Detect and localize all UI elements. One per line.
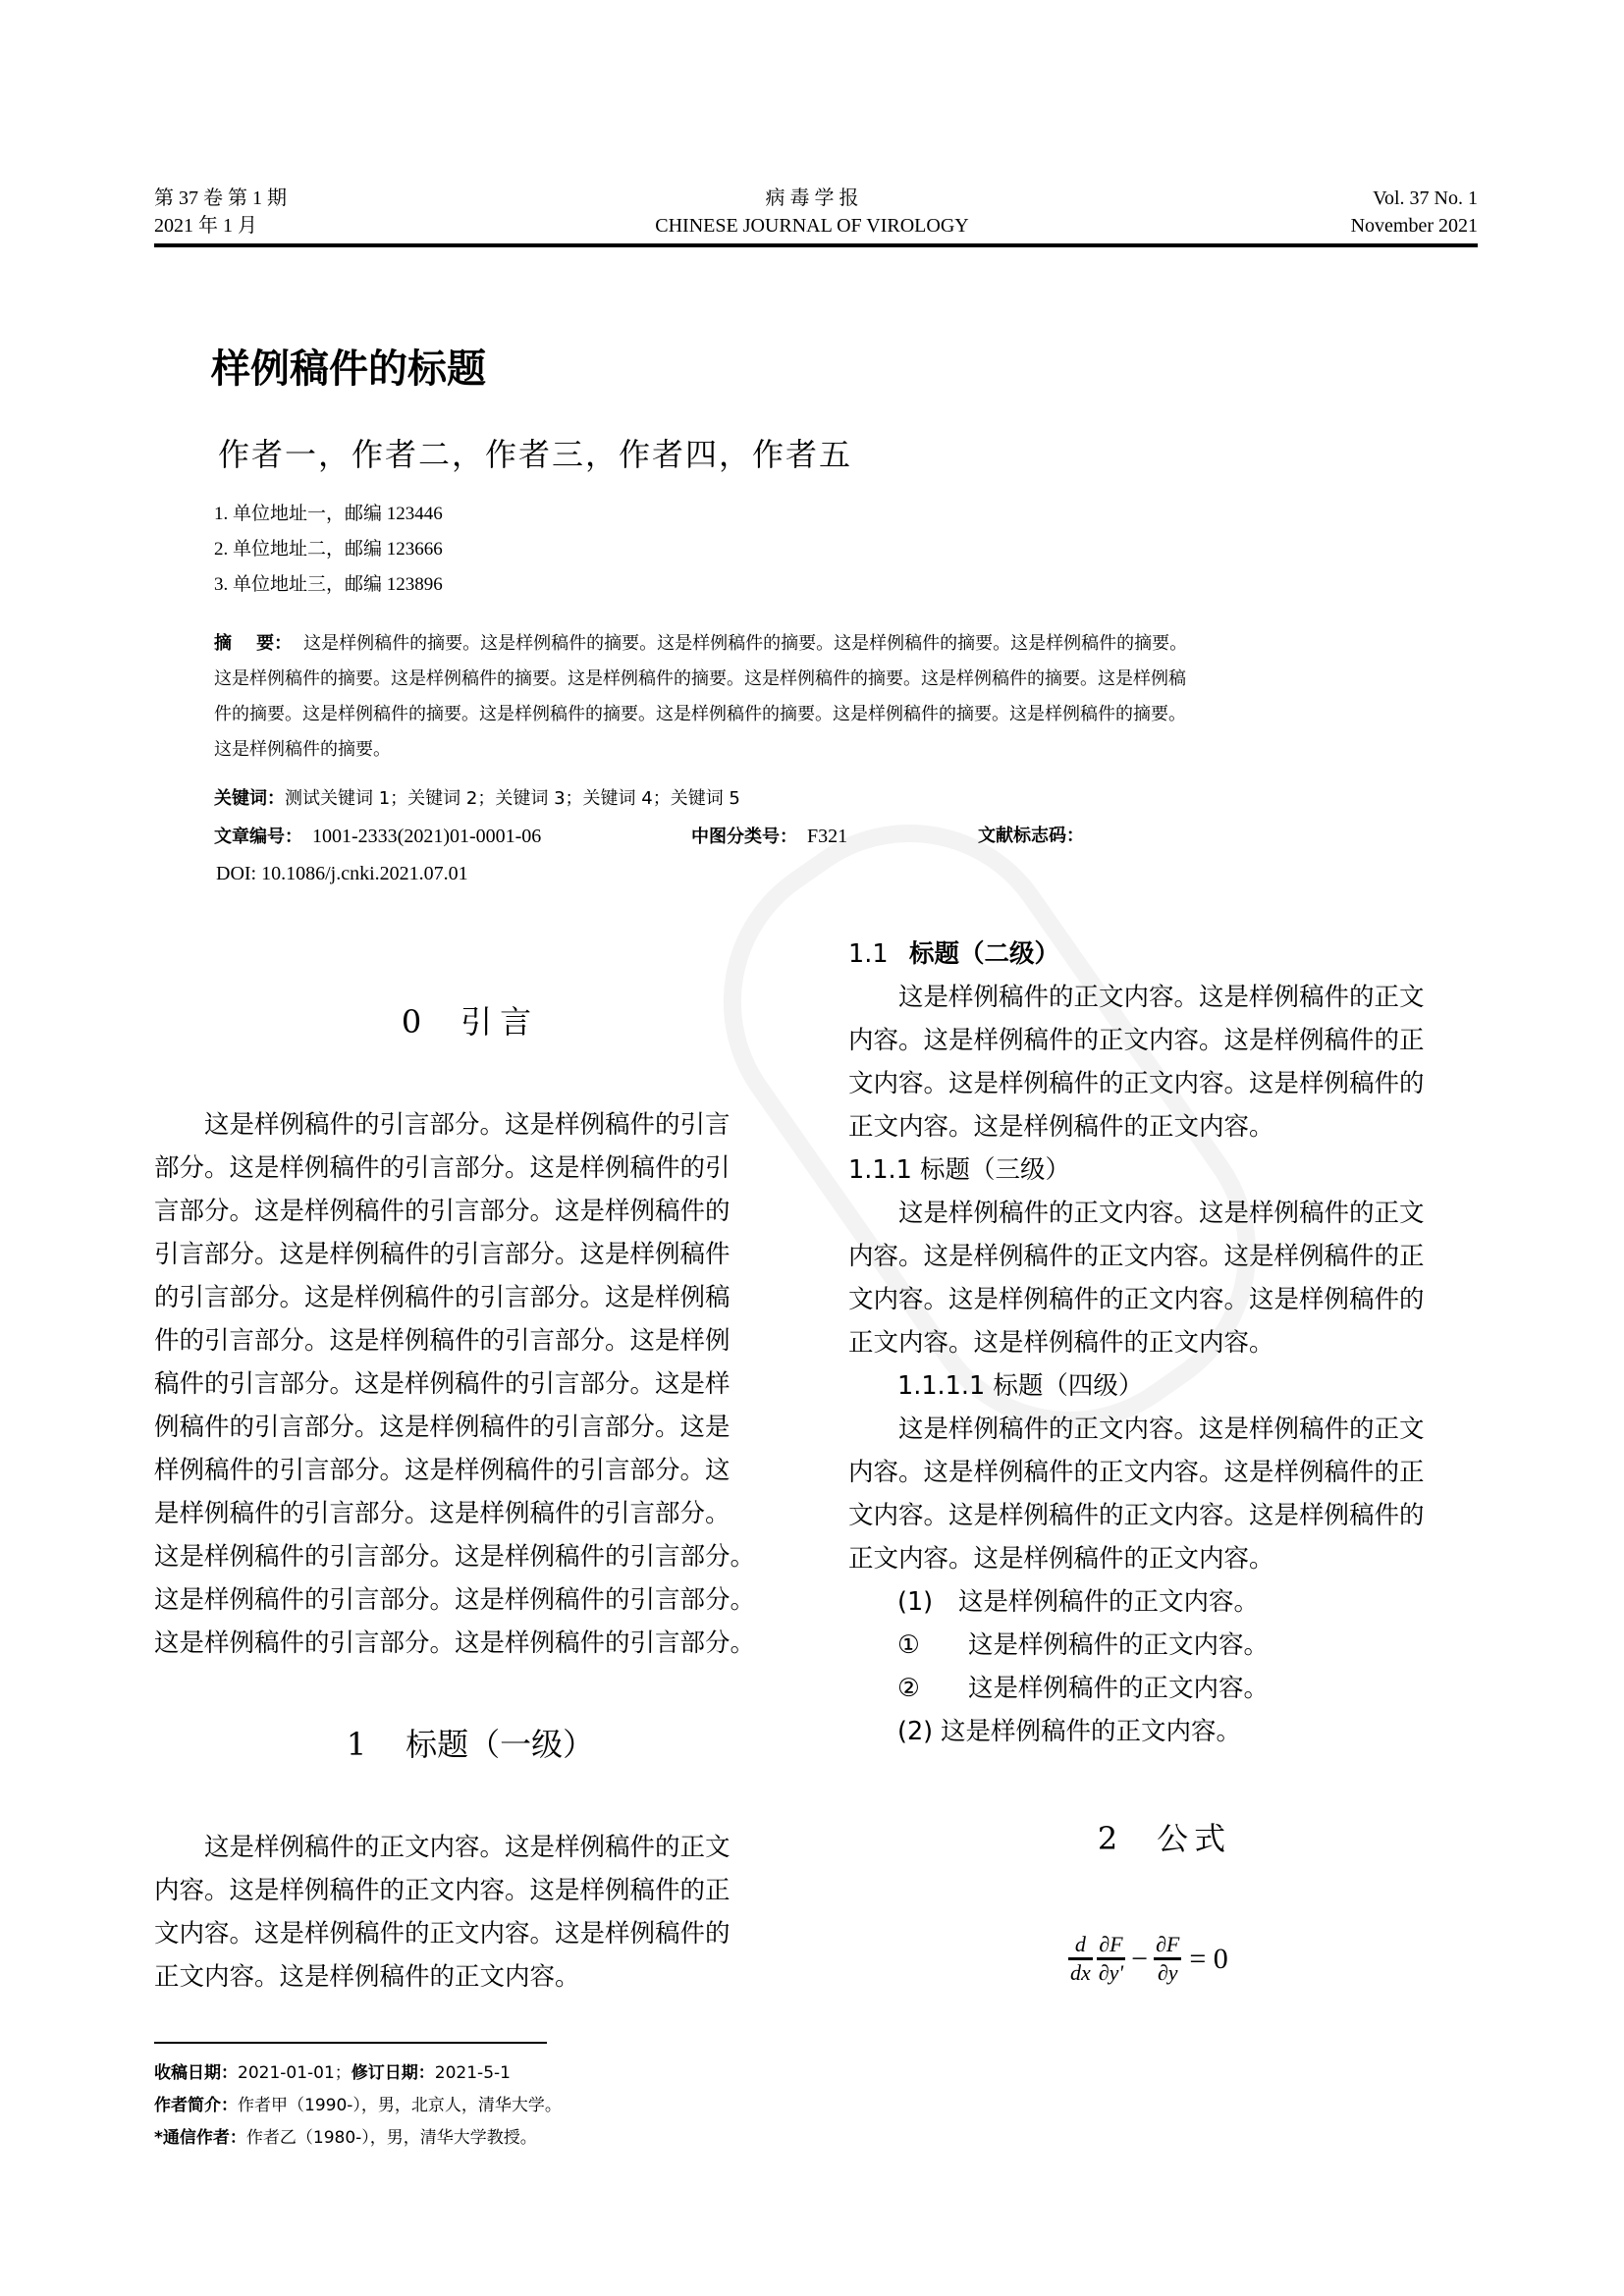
subsection-number: 1.1 <box>848 933 909 976</box>
body-line: 正文内容。这是样例稿件的正文内容。 <box>848 1537 1481 1580</box>
section-title: 标题（一级） <box>406 1726 594 1763</box>
abstract-line: 这是样例稿件的摘要。这是样例稿件的摘要。这是样例稿件的摘要。这是样例稿件的摘要。… <box>214 662 1490 697</box>
section-number: 1 <box>347 1726 366 1763</box>
affiliation-1: 1. 单位地址一，邮编 123446 <box>214 497 443 532</box>
clc-number: 中图分类号：F321 <box>691 819 847 855</box>
affiliation-2: 2. 单位地址二，邮编 123666 <box>214 532 443 567</box>
article-number: 文章编号：1001-2333(2021)01-0001-06 <box>214 819 541 855</box>
clc-label: 中图分类号： <box>691 827 797 847</box>
keywords: 关键词：测试关键词 1；关键词 2；关键词 3；关键词 4；关键词 5 <box>214 781 740 817</box>
publication-month: November 2021 <box>1351 212 1478 240</box>
body-line: 文内容。这是样例稿件的正文内容。这是样例稿件的 <box>848 1062 1481 1105</box>
section1-body: 这是样例稿件的正文内容。这是样例稿件的正文 内容。这是样例稿件的正文内容。这是样… <box>154 1826 786 1999</box>
section-title: 公式 <box>1157 1820 1231 1857</box>
section-title: 引言 <box>460 1003 539 1041</box>
article-number-value: 1001-2333(2021)01-0001-06 <box>312 826 541 847</box>
right-column: 1.1标题（二级） 这是样例稿件的正文内容。这是样例稿件的正文 内容。这是样例稿… <box>848 933 1481 1753</box>
numerator: ∂F <box>1097 1932 1124 1957</box>
received-date: 2021-01-01； <box>238 2063 352 2083</box>
bio-label: 作者简介： <box>154 2096 238 2115</box>
denominator: dx <box>1068 1960 1093 1986</box>
subsection-title: 标题（二级） <box>909 939 1059 969</box>
body-line: 内容。这是样例稿件的正文内容。这是样例稿件的正 <box>848 1235 1481 1278</box>
denominator: ∂y' <box>1097 1960 1125 1986</box>
intro-line: 这是样例稿件的引言部分。这是样例稿件的引言部分。 <box>154 1535 786 1578</box>
clc-value: F321 <box>807 826 847 847</box>
footnote-rule <box>154 2042 547 2044</box>
affiliation-3: 3. 单位地址三，邮编 123896 <box>214 567 443 603</box>
header-right: Vol. 37 No. 1 November 2021 <box>1351 185 1478 240</box>
document-code-label: 文献标志码： <box>978 826 1084 846</box>
bio-text: 作者甲（1990-），男，北京人，清华大学。 <box>238 2096 562 2115</box>
denominator: ∂y <box>1156 1960 1180 1986</box>
intro-line: 稿件的引言部分。这是样例稿件的引言部分。这是样 <box>154 1362 786 1406</box>
equation-rhs: = 0 <box>1189 1943 1227 1976</box>
abstract: 摘 要：这是样例稿件的摘要。这是样例稿件的摘要。这是样例稿件的摘要。这是样例稿件… <box>214 626 1490 768</box>
list-text: 这是样例稿件的正文内容。 <box>958 1587 1259 1617</box>
intro-line: 的引言部分。这是样例稿件的引言部分。这是样例稿 <box>154 1276 786 1319</box>
list-item: ②这是样例稿件的正文内容。 <box>848 1667 1481 1710</box>
intro-line: 言部分。这是样例稿件的引言部分。这是样例稿件的 <box>154 1190 786 1233</box>
revised-label: 修订日期： <box>352 2063 435 2083</box>
list-item: ①这是样例稿件的正文内容。 <box>848 1624 1481 1667</box>
list-text: 这是样例稿件的正文内容。 <box>968 1630 1269 1660</box>
euler-lagrange-equation: d dx ∂F ∂y' − ∂F ∂y = 0 <box>1066 1932 1232 1986</box>
body-line: 文内容。这是样例稿件的正文内容。这是样例稿件的 <box>154 1912 786 1955</box>
footnote-bio: 作者简介：作者甲（1990-），男，北京人，清华大学。 <box>154 2090 562 2122</box>
body-line: 内容。这是样例稿件的正文内容。这是样例稿件的正 <box>848 1019 1481 1062</box>
intro-line: 件的引言部分。这是样例稿件的引言部分。这是样例 <box>154 1319 786 1362</box>
intro-line: 例稿件的引言部分。这是样例稿件的引言部分。这是 <box>154 1406 786 1449</box>
body-line: 内容。这是样例稿件的正文内容。这是样例稿件的正 <box>848 1451 1481 1494</box>
list-item: (2)这是样例稿件的正文内容。 <box>848 1710 1481 1753</box>
body-line: 文内容。这是样例稿件的正文内容。这是样例稿件的 <box>848 1278 1481 1321</box>
body-line: 内容。这是样例稿件的正文内容。这是样例稿件的正 <box>154 1869 786 1912</box>
header-left: 第 37 卷 第 1 期 2021 年 1 月 <box>154 185 287 240</box>
fraction: ∂F ∂y <box>1154 1932 1181 1986</box>
list-marker: ① <box>897 1624 968 1667</box>
footnote-corresponding: *通信作者：作者乙（1980-），男，清华大学教授。 <box>154 2122 562 2155</box>
affiliations: 1. 单位地址一，邮编 123446 2. 单位地址二，邮编 123666 3.… <box>214 497 443 603</box>
keywords-label: 关键词： <box>214 788 285 809</box>
section-heading-0: 0引言 <box>154 997 786 1042</box>
intro-line: 这是样例稿件的引言部分。这是样例稿件的引言部分。 <box>154 1622 786 1665</box>
header-center: 病 毒 学 报 CHINESE JOURNAL OF VIROLOGY <box>589 185 1035 240</box>
subsection-heading-1-1-1-1: 1.1.1.1 标题（四级） <box>848 1364 1481 1408</box>
intro-line: 部分。这是样例稿件的引言部分。这是样例稿件的引 <box>154 1147 786 1190</box>
abstract-line: 这是样例稿件的摘要。这是样例稿件的摘要。这是样例稿件的摘要。这是样例稿件的摘要。… <box>303 633 1187 654</box>
fraction: d dx <box>1068 1932 1093 1986</box>
introduction-body: 这是样例稿件的引言部分。这是样例稿件的引言 部分。这是样例稿件的引言部分。这是样… <box>154 1103 786 1665</box>
numerator: ∂F <box>1154 1932 1181 1957</box>
intro-line: 这是样例稿件的引言部分。这是样例稿件的引言 <box>154 1103 786 1147</box>
minus-operator: − <box>1131 1943 1148 1976</box>
subsection-heading-1-1-1: 1.1.1 标题（三级） <box>848 1148 1481 1192</box>
list-marker: ② <box>897 1667 968 1710</box>
corresponding-text: 作者乙（1980-），男，清华大学教授。 <box>246 2128 537 2148</box>
subsection-heading-1-1: 1.1标题（二级） <box>848 933 1481 976</box>
keywords-value: 测试关键词 1；关键词 2；关键词 3；关键词 4；关键词 5 <box>285 788 740 809</box>
section-number: 2 <box>1098 1820 1117 1857</box>
numerator: d <box>1073 1932 1088 1957</box>
abstract-line: 件的摘要。这是样例稿件的摘要。这是样例稿件的摘要。这是样例稿件的摘要。这是样例稿… <box>214 697 1490 732</box>
abstract-line: 这是样例稿件的摘要。 <box>214 732 1490 768</box>
body-line: 这是样例稿件的正文内容。这是样例稿件的正文 <box>848 976 1481 1019</box>
document-code: 文献标志码： <box>978 819 1084 854</box>
list-text: 这是样例稿件的正文内容。 <box>941 1717 1241 1746</box>
list-marker: (1) <box>897 1580 958 1624</box>
header-rule <box>154 243 1478 247</box>
footnotes: 收稿日期：2021-01-01；修订日期：2021-5-1 作者简介：作者甲（1… <box>154 2057 562 2155</box>
body-line: 这是样例稿件的正文内容。这是样例稿件的正文 <box>154 1826 786 1869</box>
intro-line: 是样例稿件的引言部分。这是样例稿件的引言部分。 <box>154 1492 786 1535</box>
intro-line: 样例稿件的引言部分。这是样例稿件的引言部分。这 <box>154 1449 786 1492</box>
list-text: 这是样例稿件的正文内容。 <box>968 1674 1269 1703</box>
body-line: 正文内容。这是样例稿件的正文内容。 <box>848 1321 1481 1364</box>
volume-number: Vol. 37 No. 1 <box>1351 185 1478 212</box>
issue-date: 2021 年 1 月 <box>154 212 287 240</box>
list-marker: (2) <box>897 1710 941 1753</box>
body-line: 正文内容。这是样例稿件的正文内容。 <box>154 1955 786 1999</box>
section-number: 0 <box>402 1003 421 1041</box>
received-label: 收稿日期： <box>154 2063 238 2083</box>
revised-date: 2021-5-1 <box>435 2063 511 2083</box>
intro-line: 引言部分。这是样例稿件的引言部分。这是样例稿件 <box>154 1233 786 1276</box>
list-item: (1)这是样例稿件的正文内容。 <box>848 1580 1481 1624</box>
author-list: 作者一，作者二，作者三，作者四，作者五 <box>218 430 852 475</box>
body-line: 文内容。这是样例稿件的正文内容。这是样例稿件的 <box>848 1494 1481 1537</box>
body-line: 这是样例稿件的正文内容。这是样例稿件的正文 <box>848 1408 1481 1451</box>
article-number-label: 文章编号： <box>214 827 302 847</box>
abstract-label: 摘 要： <box>214 633 292 654</box>
article-title: 样例稿件的标题 <box>211 338 486 394</box>
footnote-dates: 收稿日期：2021-01-01；修订日期：2021-5-1 <box>154 2057 562 2090</box>
corresponding-label: *通信作者： <box>154 2128 246 2148</box>
section-heading-1: 1标题（一级） <box>154 1720 786 1765</box>
journal-name-cn: 病 毒 学 报 <box>589 185 1035 212</box>
fraction: ∂F ∂y' <box>1097 1932 1125 1986</box>
journal-name-en: CHINESE JOURNAL OF VIROLOGY <box>589 212 1035 240</box>
doi: DOI: 10.1086/j.cnki.2021.07.01 <box>216 856 468 891</box>
body-line: 这是样例稿件的正文内容。这是样例稿件的正文 <box>848 1192 1481 1235</box>
section-heading-2: 2公式 <box>848 1814 1481 1859</box>
volume-issue: 第 37 卷 第 1 期 <box>154 185 287 212</box>
body-line: 正文内容。这是样例稿件的正文内容。 <box>848 1105 1481 1148</box>
intro-line: 这是样例稿件的引言部分。这是样例稿件的引言部分。 <box>154 1578 786 1622</box>
